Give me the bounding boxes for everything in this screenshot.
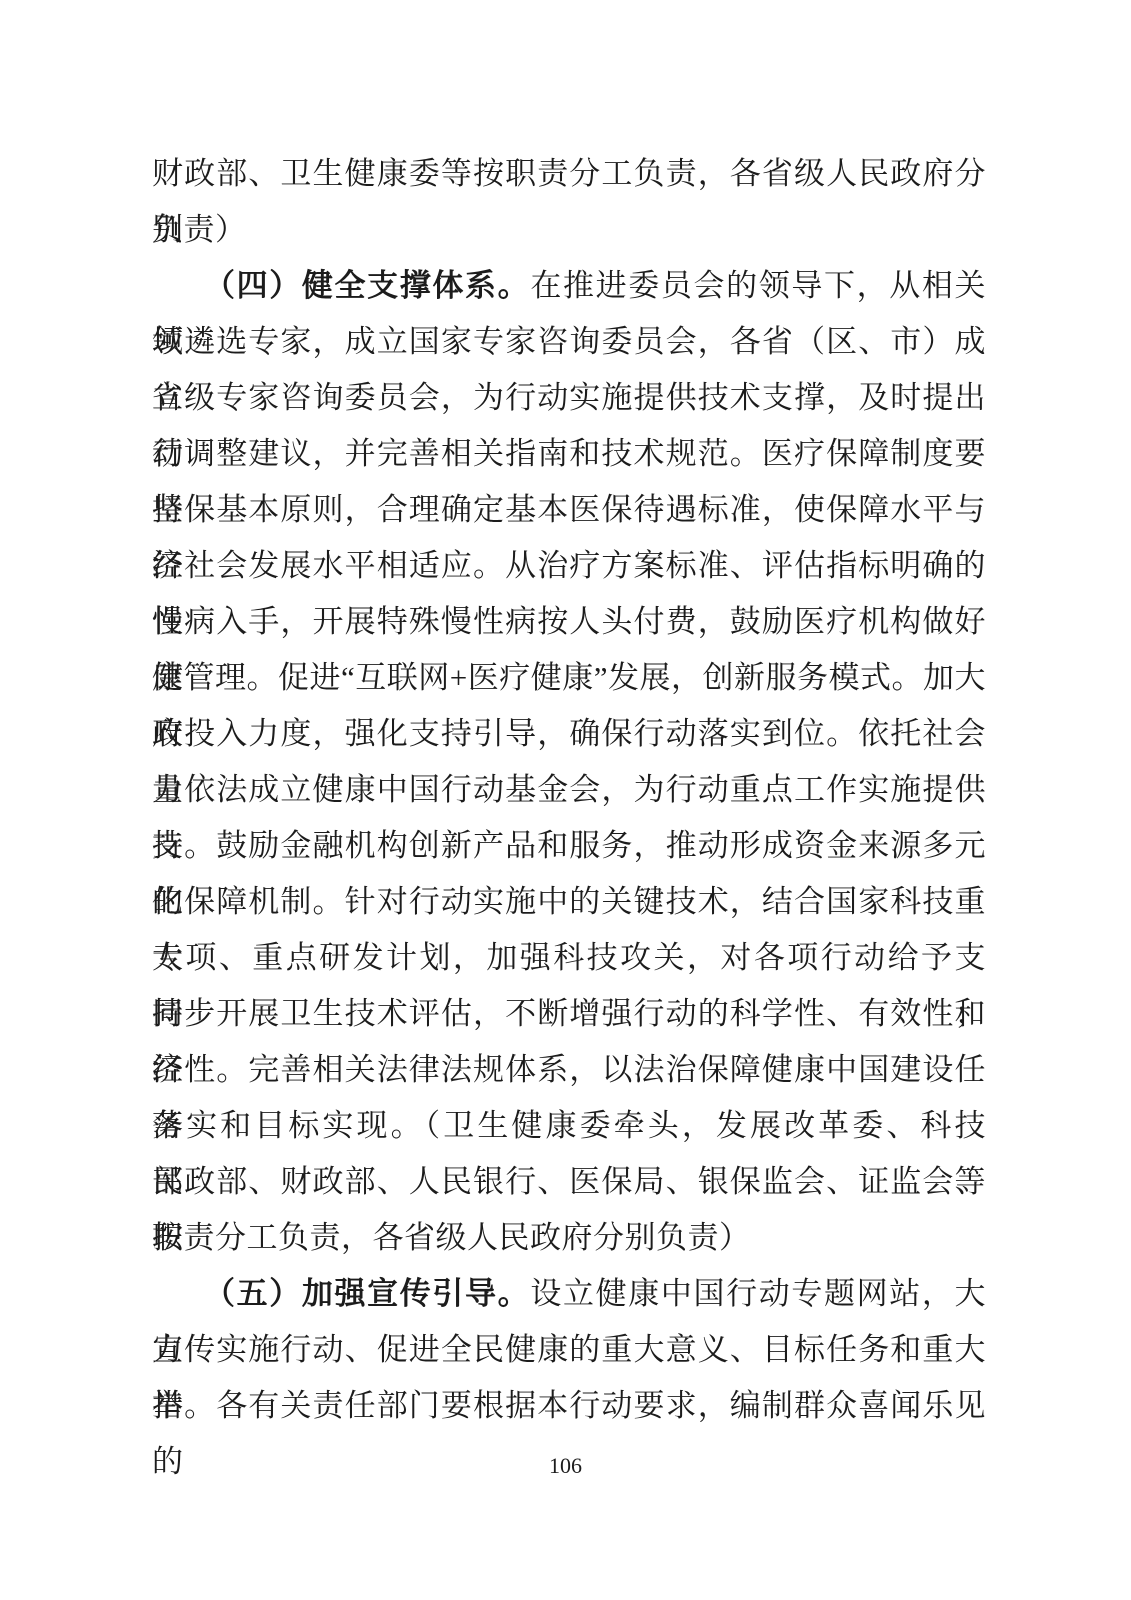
text-line: 持保基本原则，合理确定基本医保待遇标准，使保障水平与经 [152, 482, 986, 538]
text-line: 专项、重点研发计划，加强科技攻关，对各项行动给予支持； [152, 930, 986, 986]
text-line: 持。鼓励金融机构创新产品和服务，推动形成资金来源多元化 [152, 818, 986, 874]
text-line: 财政部、卫生健康委等按职责分工负责，各省级人民政府分别 [152, 146, 986, 202]
text-line: 职责分工负责，各省级人民政府分别负责） [152, 1210, 986, 1266]
text-segment: 职责分工负责，各省级人民政府分别负责） [152, 1220, 751, 1255]
text-line: 负责） [152, 202, 986, 258]
text-line: 的保障机制。针对行动实施中的关键技术，结合国家科技重大 [152, 874, 986, 930]
text-line: （五）加强宣传引导。设立健康中国行动专题网站，大力 [152, 1266, 986, 1322]
text-block: 财政部、卫生健康委等按职责分工负责，各省级人民政府分别负责）（四）健全支撑体系。… [152, 146, 986, 1434]
text-line: 民政部、财政部、人民银行、医保局、银保监会、证监会等按 [152, 1154, 986, 1210]
text-line: 量依法成立健康中国行动基金会，为行动重点工作实施提供支 [152, 762, 986, 818]
text-line: 济性。完善相关法律法规体系，以法治保障健康中国建设任务 [152, 1042, 986, 1098]
text-line: 域遴选专家，成立国家专家咨询委员会，各省（区、市）成立 [152, 314, 986, 370]
document-page: 财政部、卫生健康委等按职责分工负责，各省级人民政府分别负责）（四）健全支撑体系。… [0, 0, 1131, 1600]
text-segment: 负责） [152, 212, 247, 247]
text-line: 济社会发展水平相适应。从治疗方案标准、评估指标明确的慢 [152, 538, 986, 594]
text-line: 落实和目标实现。（卫生健康委牵头，发展改革委、科技部、 [152, 1098, 986, 1154]
text-line: 动调整建议，并完善相关指南和技术规范。医疗保障制度要坚 [152, 426, 986, 482]
text-line: 宣传实施行动、促进全民健康的重大意义、目标任务和重大举 [152, 1322, 986, 1378]
text-line: 省级专家咨询委员会，为行动实施提供技术支撑，及时提出行 [152, 370, 986, 426]
section-heading-segment: （五）加强宣传引导。 [204, 1276, 530, 1311]
text-line: 性病入手，开展特殊慢性病按人头付费，鼓励医疗机构做好健 [152, 594, 986, 650]
text-line: 同步开展卫生技术评估，不断增强行动的科学性、有效性和经 [152, 986, 986, 1042]
section-heading-segment: （四）健全支撑体系。 [204, 268, 530, 303]
text-line: 措。各有关责任部门要根据本行动要求，编制群众喜闻乐见的 [152, 1378, 986, 1434]
text-line: 府投入力度，强化支持引导，确保行动落实到位。依托社会力 [152, 706, 986, 762]
page-number: 106 [0, 1450, 1131, 1482]
text-line: 康管理。促进“互联网+医疗健康”发展，创新服务模式。加大政 [152, 650, 986, 706]
text-line: （四）健全支撑体系。在推进委员会的领导下，从相关领 [152, 258, 986, 314]
